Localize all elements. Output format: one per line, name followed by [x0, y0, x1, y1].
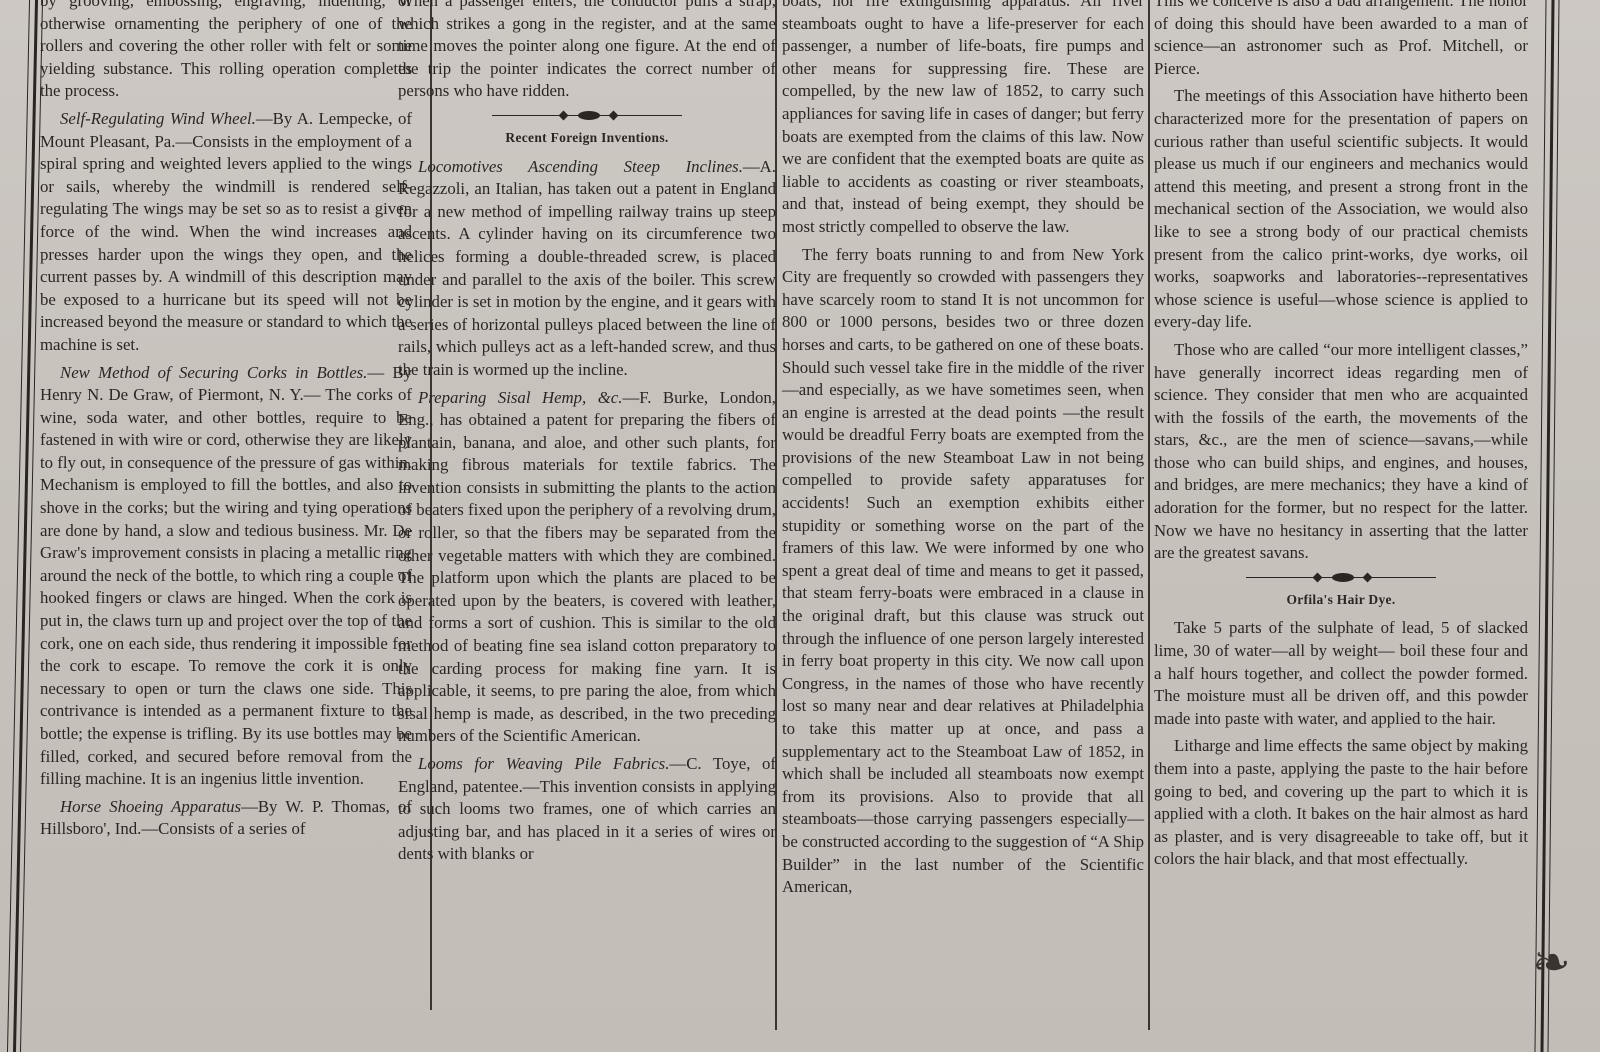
paragraph: Those who are called “our more intellige… — [1154, 339, 1528, 565]
section-heading: Recent Foreign Inventions. — [398, 127, 776, 150]
article-item: New Method of Securing Corks in Bottles.… — [40, 362, 412, 791]
column-4: This we conceive is also a bad arrangeme… — [1154, 0, 1528, 876]
item-title: New Method of Securing Corks in Bottles. — [60, 363, 367, 382]
item-title: Looms for Weaving Pile Fabrics. — [418, 754, 669, 773]
paragraph-text: The ferry boats running to and from New … — [782, 245, 1144, 897]
article-item: Preparing Sisal Hemp, &c.—F. Burke, Lond… — [398, 387, 776, 749]
paragraph-text: The meetings of this Association have hi… — [1154, 86, 1528, 331]
paragraph-text: Take 5 parts of the sulphate of lead, 5 … — [1154, 618, 1528, 727]
paragraph: The meetings of this Association have hi… — [1154, 85, 1528, 334]
column-2: When a passenger enters, the conductor p… — [398, 0, 776, 871]
article-item: Looms for Weaving Pile Fabrics.—C. Toye,… — [398, 753, 776, 866]
right-border-rules — [1532, 0, 1561, 1052]
paragraph-text: This we conceive is also a bad arrangeme… — [1154, 0, 1528, 78]
paragraph-text: Those who are called “our more intellige… — [1154, 340, 1528, 562]
column-1: by grooving, embossing, engraving, inden… — [40, 0, 412, 846]
paragraph: Take 5 parts of the sulphate of lead, 5 … — [1154, 617, 1528, 730]
paragraph-text: —F. Burke, London, Eng., has obtained a … — [398, 388, 776, 746]
item-title: Self-Regulating Wind Wheel. — [60, 109, 256, 128]
paragraph-text: boats, nor fire extinguishing apparatus.… — [782, 0, 1144, 236]
item-title: Horse Shoeing Apparatus — [60, 797, 241, 816]
section-heading: Orfila's Hair Dye. — [1154, 589, 1528, 612]
article-item: Horse Shoeing Apparatus—By W. P. Thomas,… — [40, 796, 412, 841]
paragraph-text: — By Henry N. De Graw, of Piermont, N. Y… — [40, 363, 412, 789]
left-border-rules — [5, 0, 45, 1052]
paragraph-text: —A. Regazzoli, an Italian, has taken out… — [398, 157, 776, 379]
ornamental-divider-icon — [1246, 571, 1436, 585]
paragraph: The ferry boats running to and from New … — [782, 244, 1144, 899]
paragraph-text: by grooving, embossing, engraving, inden… — [40, 0, 412, 100]
ornamental-divider-icon — [492, 109, 682, 123]
paragraph: Litharge and lime effects the same objec… — [1154, 735, 1528, 871]
scroll-flourish-icon: ❧ — [1532, 940, 1572, 1052]
article-item: Self-Regulating Wind Wheel.—By A. Lempec… — [40, 108, 412, 357]
paragraph-text: —By A. Lempecke, of Mount Pleasant, Pa.—… — [40, 109, 412, 354]
newspaper-page: ❧ by grooving, embossing, engraving, ind… — [0, 0, 1600, 1052]
continued-paragraph: This we conceive is also a bad arrangeme… — [1154, 0, 1528, 80]
continued-paragraph: boats, nor fire extinguishing apparatus.… — [782, 0, 1144, 239]
paragraph-text: When a passenger enters, the conductor p… — [398, 0, 776, 100]
continued-paragraph: by grooving, embossing, engraving, inden… — [40, 0, 412, 103]
column-separator — [1148, 0, 1150, 1030]
paragraph-text: Litharge and lime effects the same objec… — [1154, 736, 1528, 868]
column-3: boats, nor fire extinguishing apparatus.… — [782, 0, 1144, 904]
item-title: Preparing Sisal Hemp, &c. — [418, 388, 622, 407]
item-title: Locomotives Ascending Steep Inclines. — [418, 157, 743, 176]
continued-paragraph: When a passenger enters, the conductor p… — [398, 0, 776, 103]
article-item: Locomotives Ascending Steep Inclines.—A.… — [398, 156, 776, 382]
